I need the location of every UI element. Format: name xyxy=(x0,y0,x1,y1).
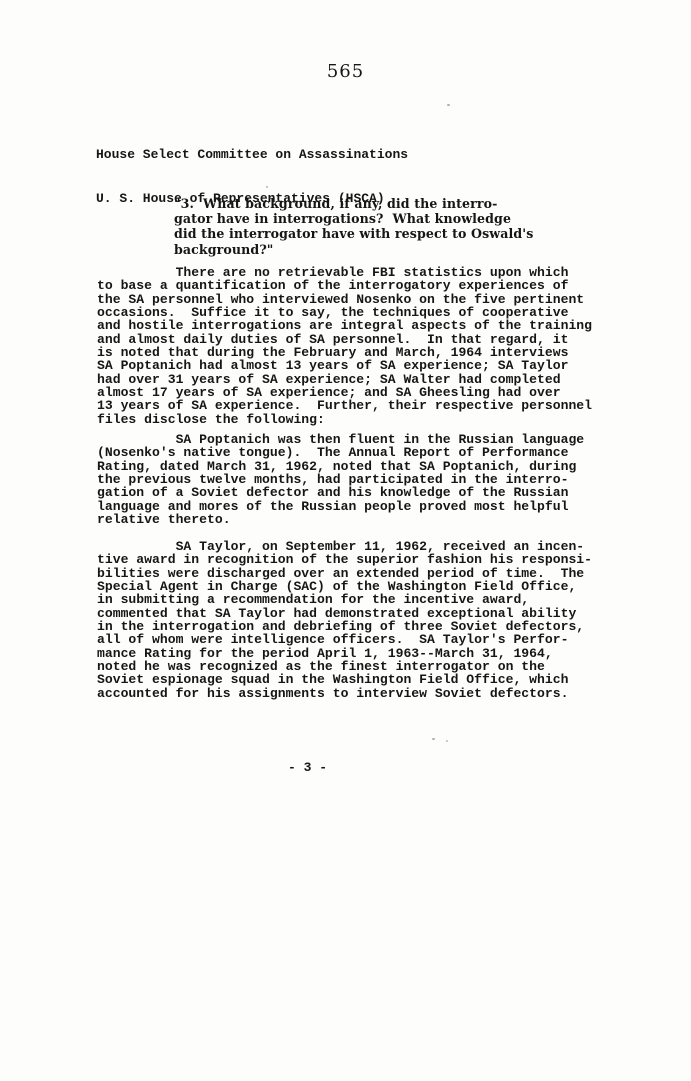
paragraph-sa-taylor: SA Taylor, on September 11, 1962, receiv… xyxy=(97,540,592,700)
page-number-top: 565 xyxy=(0,61,691,82)
page-number-footer: - 3 - xyxy=(288,760,327,775)
scan-speck xyxy=(432,738,435,740)
header-committee-line: House Select Committee on Assassinations xyxy=(96,148,408,163)
paragraph-sa-poptanich: SA Poptanich was then fluent in the Russ… xyxy=(97,433,584,526)
paragraph-fbi-statistics: There are no retrievable FBI statistics … xyxy=(97,266,592,426)
quoted-question-block: "3. What background, if any, did the int… xyxy=(174,196,533,257)
scan-speck xyxy=(446,740,448,742)
scan-speck xyxy=(447,104,450,106)
document-page: 565 House Select Committee on Assassinat… xyxy=(0,0,691,1081)
scan-speck xyxy=(266,186,268,188)
